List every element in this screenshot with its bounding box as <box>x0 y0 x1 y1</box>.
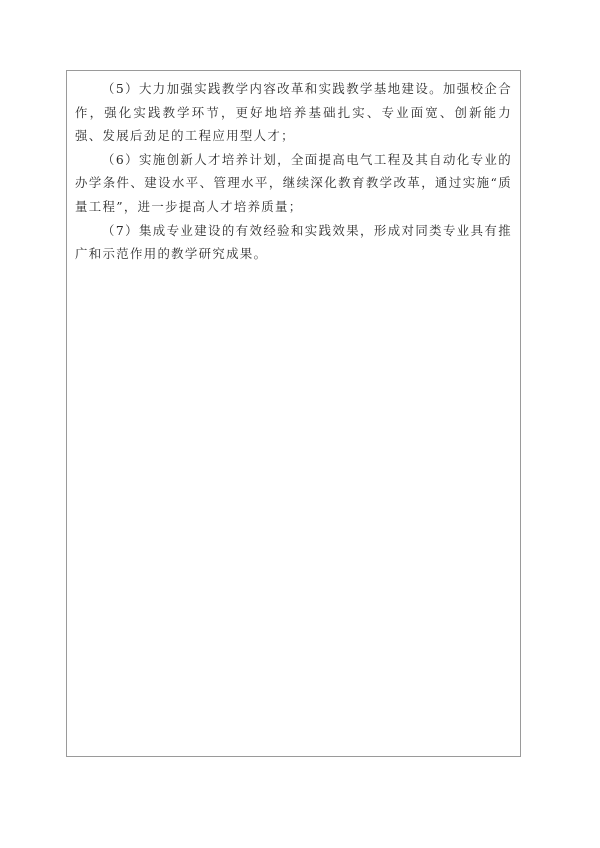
document-body: （5）大力加强实践教学内容改革和实践教学基地建设。加强校企合作，强化实践教学环节… <box>75 77 512 266</box>
paragraph-item-7: （7）集成专业建设的有效经验和实践效果，形成对同类专业具有推广和示范作用的教学研… <box>75 219 512 266</box>
paragraph-item-6: （6）实施创新人才培养计划，全面提高电气工程及其自动化专业的办学条件、建设水平、… <box>75 148 512 219</box>
bordered-content-box: （5）大力加强实践教学内容改革和实践教学基地建设。加强校企合作，强化实践教学环节… <box>66 70 521 757</box>
paragraph-item-5: （5）大力加强实践教学内容改革和实践教学基地建设。加强校企合作，强化实践教学环节… <box>75 77 512 148</box>
